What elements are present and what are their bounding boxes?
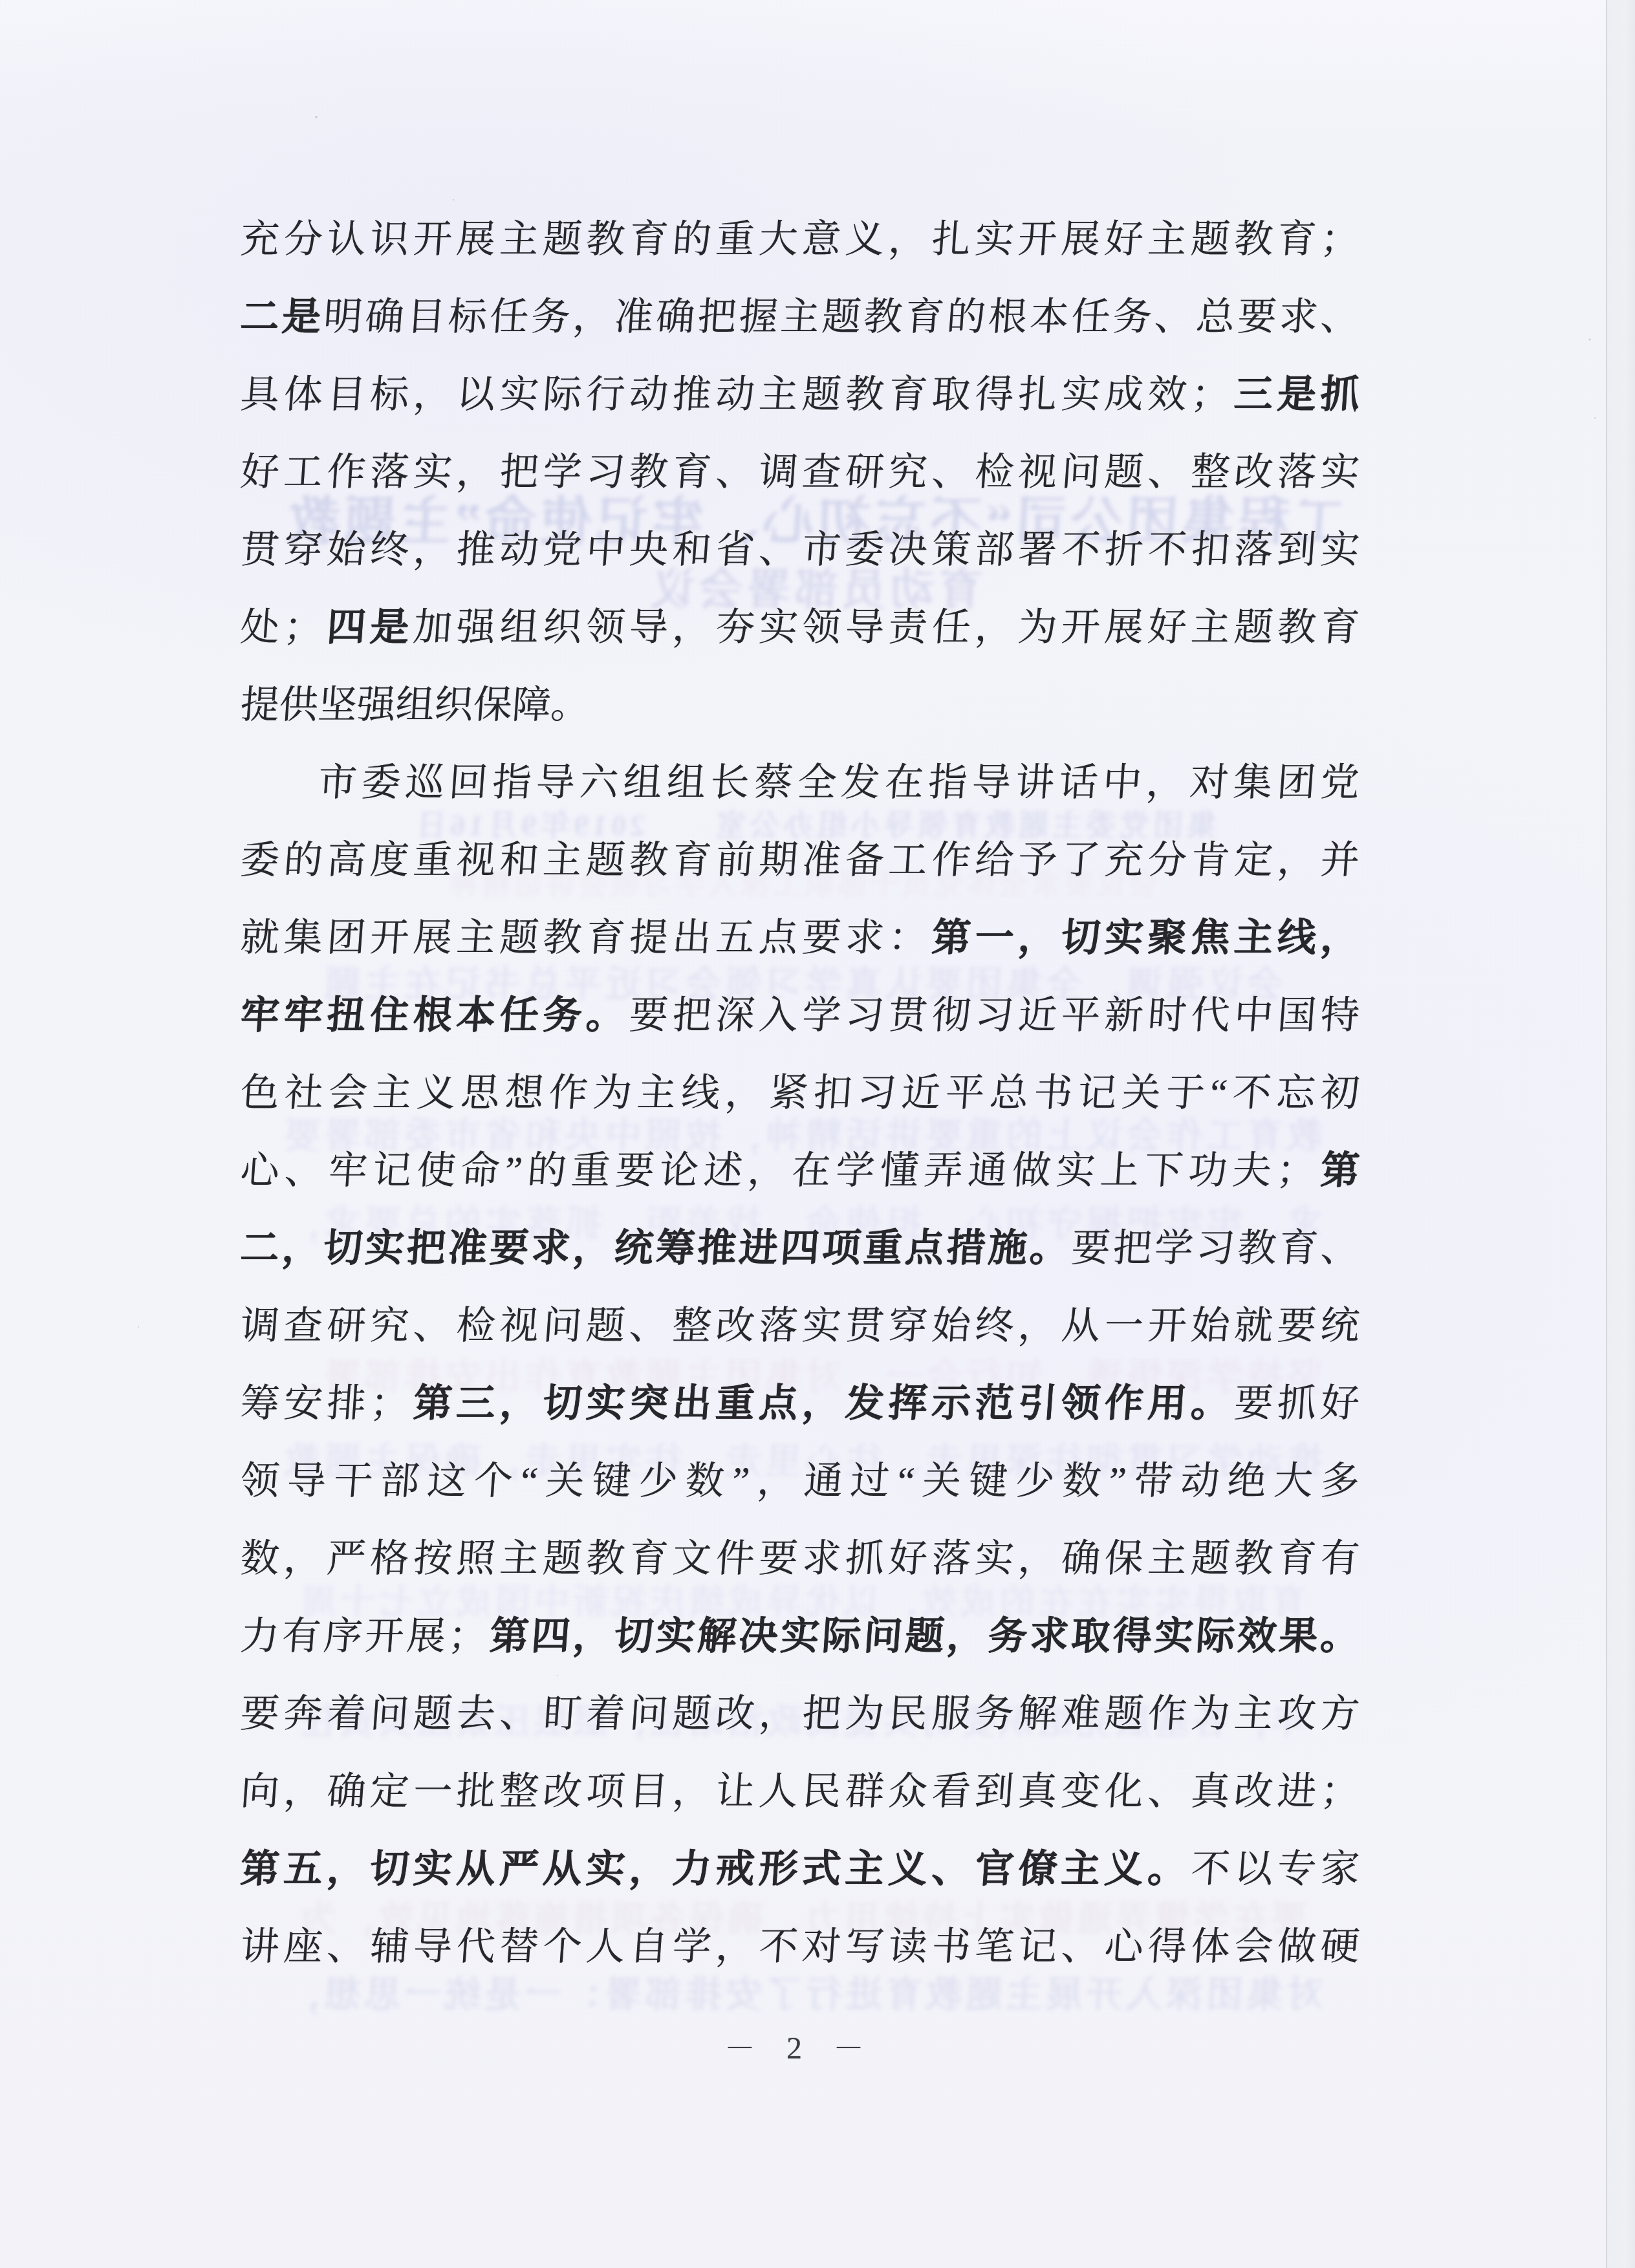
text-run: 处；: [239, 606, 324, 649]
text-line: 二，切实把准要求，统筹推进四项重点措施。要把学习教育、: [238, 1209, 1362, 1287]
text-run: 向，确定一批整改项目，让人民群众看到真变化、真改进；: [239, 1770, 1361, 1813]
bold-text-run: 第五，切实从严从实，力戒形式主义、官僚主义。: [239, 1848, 1193, 1890]
text-run: 具体目标，以实际行动推动主题教育取得扎实成效；: [239, 373, 1231, 416]
text-run: 力有序开展；: [239, 1615, 489, 1658]
text-run: 就集团开展主题教育提出五点要求：: [239, 916, 933, 959]
text-line: 力有序开展；第四，切实解决实际问题，务求取得实际效果。: [238, 1597, 1362, 1675]
text-run: 不以专家: [1189, 1848, 1361, 1890]
text-line: 向，确定一批整改项目，让人民群众看到真变化、真改进；: [238, 1753, 1362, 1830]
text-run: 充分认识开展主题教育的重大意义，扎实开展好主题教育；: [239, 218, 1361, 261]
text-run: 市委巡回指导六组组长蔡全发在指导讲话中，对集团党: [317, 761, 1361, 804]
text-line: 市委巡回指导六组组长蔡全发在指导讲话中，对集团党: [238, 744, 1362, 821]
text-run: 加强组织领导，夯实领导责任，为开展好主题教育: [412, 606, 1361, 649]
text-line: 数，严格按照主题教育文件要求抓好落实，确保主题教育有: [238, 1520, 1362, 1597]
bold-text-run: 第四，切实解决实际问题，务求取得实际效果。: [486, 1615, 1361, 1658]
text-run: 领导干部这个“关键少数”，通过“关键少数”带动绝大多: [239, 1460, 1361, 1502]
text-line: 充分认识开展主题教育的重大意义，扎实开展好主题教育；: [238, 200, 1362, 278]
text-line: 色社会主义思想作为主线，紧扣习近平总书记关于“不忘初: [238, 1054, 1362, 1132]
text-run: 要抓好: [1233, 1382, 1361, 1425]
text-line: 处；四是加强组织领导，夯实领导责任，为开展好主题教育: [238, 589, 1362, 666]
text-line: 领导干部这个“关键少数”，通过“关键少数”带动绝大多: [238, 1442, 1362, 1520]
bold-text-run: 四是: [321, 606, 415, 649]
text-line: 第五，切实从严从实，力戒形式主义、官僚主义。不以专家: [238, 1830, 1362, 1908]
bold-text-run: 二，切实把准要求，统筹推进四项重点措施。: [239, 1227, 1073, 1269]
text-run: 要把学习教育、: [1070, 1227, 1361, 1269]
text-run: 心、牢记使命”的重要论述，在学懂弄通做实上下功夫；: [239, 1149, 1317, 1192]
text-line: 委的高度重视和主题教育前期准备工作给予了充分肯定，并: [238, 821, 1362, 899]
text-run: 色社会主义思想作为主线，紧扣习近平总书记关于“不忘初: [239, 1072, 1361, 1114]
scanned-document-page: 工程集团公司“不忘初心、牢记使命”主题教育动员部署会议集团党委主题教育领导小组办…: [0, 0, 1635, 2268]
bold-text-run: 第一，切实聚焦主线，: [931, 916, 1361, 959]
document-body: 充分认识开展主题教育的重大意义，扎实开展好主题教育；二是明确目标任务，准确把握主…: [241, 200, 1359, 1985]
text-run: 好工作落实，把学习教育、调查研究、检视问题、整改落实: [239, 451, 1361, 493]
bold-text-run: 三是抓: [1228, 373, 1361, 416]
text-line: 要奔着问题去、盯着问题改，把为民服务解难题作为主攻方: [238, 1675, 1362, 1753]
text-run: 提供坚强组织保障。: [239, 684, 592, 726]
text-line: 讲座、辅导代替个人自学，不对写读书笔记、心得体会做硬: [238, 1908, 1362, 1985]
bold-text-run: 牢牢扭住根本任务。: [239, 994, 631, 1037]
text-run: 调查研究、检视问题、整改落实贯穿始终，从一开始就要统: [239, 1304, 1361, 1347]
text-run: 要把深入学习贯彻习近平新时代中国特: [628, 994, 1361, 1037]
scan-edge-strip: [1606, 0, 1635, 2268]
text-line: 心、牢记使命”的重要论述，在学懂弄通做实上下功夫；第: [238, 1132, 1362, 1209]
text-line: 二是明确目标任务，准确把握主题教育的根本任务、总要求、: [238, 278, 1362, 356]
text-run: 筹安排；: [239, 1382, 411, 1425]
text-line: 筹安排；第三，切实突出重点，发挥示范引领作用。要抓好: [238, 1365, 1362, 1442]
document-lines: 充分认识开展主题教育的重大意义，扎实开展好主题教育；二是明确目标任务，准确把握主…: [241, 200, 1359, 1985]
bold-text-run: 第三，切实突出重点，发挥示范引领作用。: [407, 1382, 1236, 1425]
text-line: 牢牢扭住根本任务。要把深入学习贯彻习近平新时代中国特: [238, 977, 1362, 1054]
text-line: 提供坚强组织保障。: [238, 666, 1362, 744]
page-number: － 2 －: [241, 2023, 1359, 2075]
text-line: 贯穿始终，推动党中央和省、市委决策部署不折不扣落到实: [238, 511, 1362, 589]
text-run: 贯穿始终，推动党中央和省、市委决策部署不折不扣落到实: [239, 528, 1361, 571]
text-line: 就集团开展主题教育提出五点要求：第一，切实聚焦主线，: [238, 899, 1362, 977]
bold-text-run: 第: [1314, 1149, 1361, 1192]
text-line: 调查研究、检视问题、整改落实贯穿始终，从一开始就要统: [238, 1287, 1362, 1365]
text-line: 好工作落实，把学习教育、调查研究、检视问题、整改落实: [238, 433, 1362, 511]
text-line: 具体目标，以实际行动推动主题教育取得扎实成效；三是抓: [238, 356, 1362, 433]
text-run: 要奔着问题去、盯着问题改，把为民服务解难题作为主攻方: [239, 1692, 1361, 1735]
text-run: 明确目标任务，准确把握主题教育的根本任务、总要求、: [322, 296, 1361, 338]
text-run: 数，严格按照主题教育文件要求抓好落实，确保主题教育有: [239, 1537, 1361, 1580]
bold-text-run: 二是: [239, 296, 325, 338]
text-run: 讲座、辅导代替个人自学，不对写读书笔记、心得体会做硬: [239, 1925, 1361, 1968]
text-run: 委的高度重视和主题教育前期准备工作给予了充分肯定，并: [239, 839, 1361, 881]
